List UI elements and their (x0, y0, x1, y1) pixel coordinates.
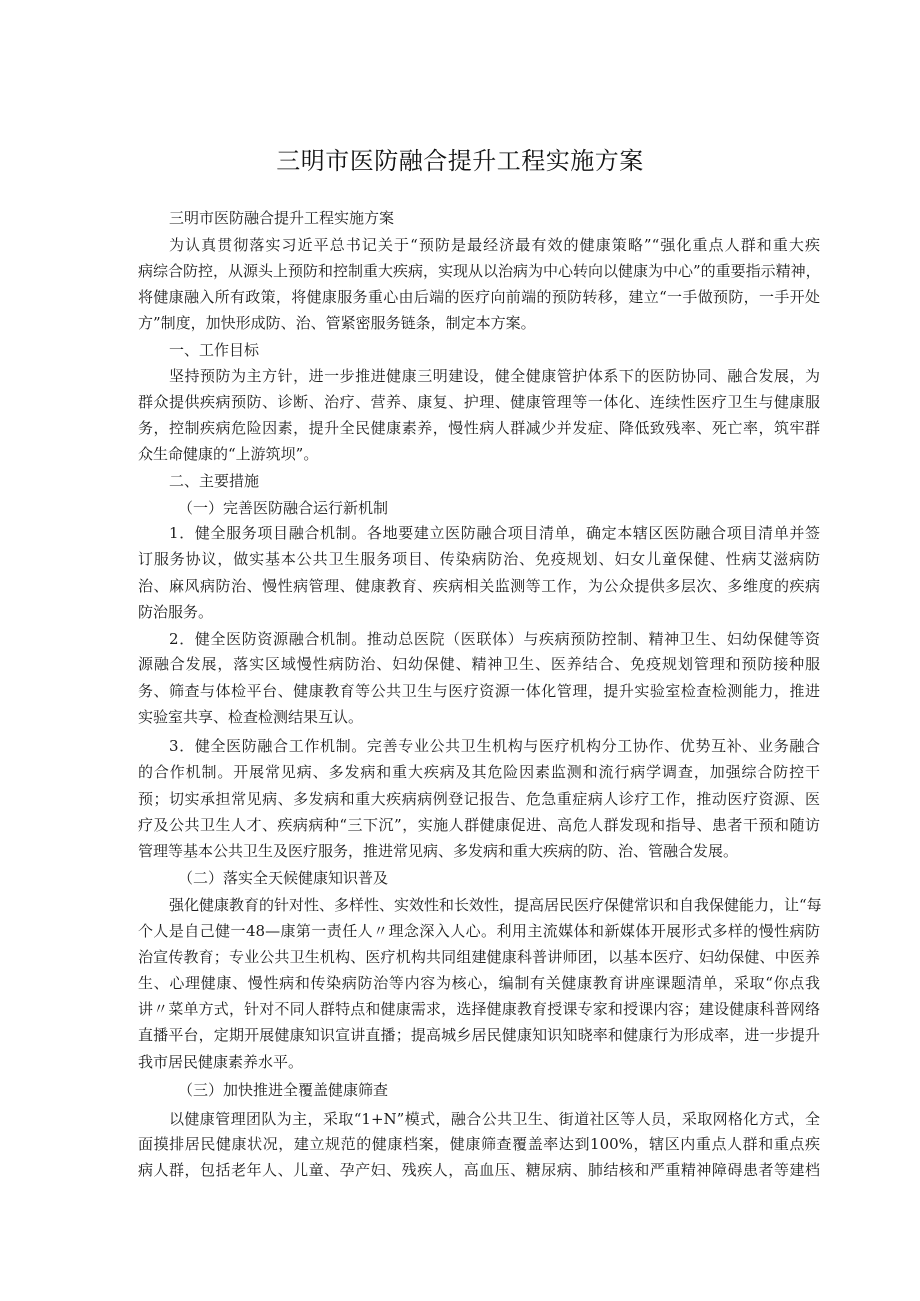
paragraph-line: 强化健康教育的针对性、多样性、实效性和长效性，提高居民医疗保健常识和自我保健能力… (169, 895, 820, 915)
paragraph-line: 病综合防控，从源头上预防和控制重大疾病，实现从以治病为中心转向以健康为中心”的重… (138, 261, 820, 281)
paragraph-line: 三明市医防融合提升工程实施方案 (169, 208, 394, 228)
paragraph-line: 的合作机制。开展常见病、多发病和重大疾病及其危险因素监测和流行病学调查，加强综合… (138, 762, 820, 782)
paragraph-line: 面摸排居民健康状况，建立规范的健康档案，健康筛查覆盖率达到100%，辖区内重点人… (138, 1134, 820, 1154)
paragraph-line: 直播平台，定期开展健康知识宣讲直播；提高城乡居民健康知识知晓率和健康行为形成率，… (138, 1025, 820, 1045)
paragraph-line: 众生命健康的“上游筑坝”。 (138, 444, 318, 464)
paragraph-line: （二）落实全天候健康知识普及 (178, 868, 388, 888)
paragraph-line: 务、筛查与体检平台、健康教育等公共卫生与医疗资源一体化管理，提升实验室检查检测能… (138, 681, 820, 701)
paragraph-line: 管理等基本公共卫生及医疗服务，推进常见病、多发病和重大疾病的防、治、管融合发展。 (138, 841, 738, 861)
paragraph-line: 治、麻风病防治、慢性病管理、健康教育、疾病相关监测等工作，为公众提供多层次、多维… (138, 576, 820, 596)
paragraph-line: （一）完善医防融合运行新机制 (178, 498, 388, 518)
paragraph-line: 将健康融入所有政策，将健康服务重心由后端的医疗向前端的预防转移，建立“一手做预防… (138, 287, 820, 307)
paragraph-line: 源融合发展，落实区域慢性病防治、妇幼保健、精神卫生、医养结合、免疫规划管理和预防… (138, 654, 820, 674)
paragraph-line: 二、主要措施 (169, 471, 259, 491)
paragraph-line: 预；切实承担常见病、多发病和重大疾病病例登记报告、危急重症病人诊疗工作，推动医疗… (138, 789, 820, 809)
paragraph-line: 为认真贯彻落实习近平总书记关于“预防是最经济最有效的健康策略”“强化重点人群和重… (169, 235, 820, 255)
paragraph-line: 以健康管理团队为主，采取“1+N”模式，融合公共卫生、街道社区等人员，采取网格化… (169, 1109, 820, 1129)
document-title: 三明市医防融合提升工程实施方案 (0, 141, 920, 176)
paragraph-line: 一、工作目标 (169, 340, 259, 360)
paragraph-line: 1．健全服务项目融合机制。各地要建立医防融合项目清单，确定本辖区医防融合项目清单… (169, 523, 820, 543)
paragraph-line: 疗及公共卫生人才、疾病病种“三下沉”，实施人群健康促进、高危人群发现和指导、患者… (138, 815, 820, 835)
paragraph-line: 我市居民健康素养水平。 (138, 1052, 303, 1072)
paragraph-line: 讲〃菜单方式，针对不同人群特点和健康需求，选择健康教育授课专家和授课内容；建设健… (138, 999, 820, 1019)
paragraph-line: 群众提供疾病预防、诊断、治疗、营养、康复、护理、健康管理等一体化、连续性医疗卫生… (138, 392, 820, 412)
paragraph-line: 生、心理健康、慢性病和传染病防治等内容为核心，编制有关健康教育讲座课题清单，采取… (138, 973, 820, 993)
paragraph-line: 个人是自己健一48—康第一责任人〃理念深入人心。利用主流媒体和新媒体开展形式多样… (138, 921, 820, 941)
paragraph-line: 治宣传教育；专业公共卫生机构、医疗机构共同组建健康科普讲师团，以基本医疗、妇幼保… (138, 947, 820, 967)
paragraph-line: 坚持预防为主方针，进一步推进健康三明建设，健全健康管护体系下的医防协同、融合发展… (169, 366, 820, 386)
paragraph-line: （三）加快推进全覆盖健康筛查 (178, 1080, 388, 1100)
paragraph-line: 2．健全医防资源融合机制。推动总医院（医联体）与疾病预防控制、精神卫生、妇幼保健… (169, 629, 820, 649)
paragraph-line: 订服务协议，做实基本公共卫生服务项目、传染病防治、免疫规划、妇女儿童保健、性病艾… (138, 549, 820, 569)
paragraph-line: 3．健全医防融合工作机制。完善专业公共卫生机构与医疗机构分工协作、优势互补、业务… (169, 736, 820, 756)
paragraph-line: 方”制度，加快形成防、治、管紧密服务链条，制定本方案。 (138, 313, 536, 333)
paragraph-line: 实验室共享、检查检测结果互认。 (138, 707, 363, 727)
paragraph-line: 务，控制疾病危险因素，提升全民健康素养，慢性病人群减少并发症、降低致残率、死亡率… (138, 418, 820, 438)
document-page: 三明市医防融合提升工程实施方案 三明市医防融合提升工程实施方案为认真贯彻落实习近… (0, 0, 920, 1301)
paragraph-line: 病人群，包括老年人、儿童、孕产妇、残疾人，高血压、糖尿病、肺结核和严重精神障碍患… (138, 1160, 820, 1180)
paragraph-line: 防治服务。 (138, 602, 213, 622)
